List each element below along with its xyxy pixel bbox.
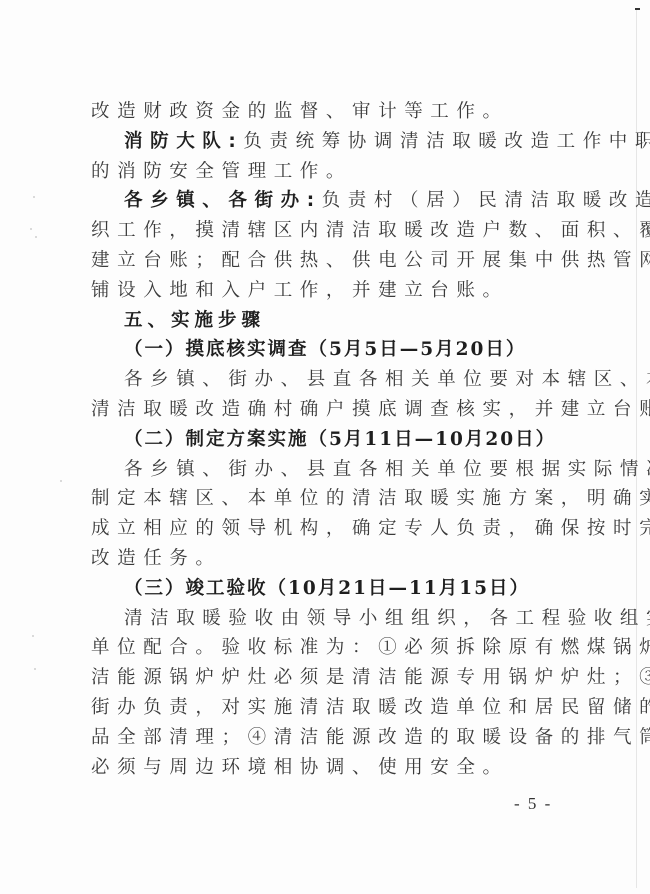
paragraph-line: 改造财政资金的监督、审计等工作。 bbox=[91, 97, 541, 127]
paragraph-line: 洁能源锅炉炉灶必须是清洁能源专用锅炉炉灶；③由属地乡镇 bbox=[91, 663, 541, 693]
line-text: 各乡镇、街办、县直各相关单位要对本辖区、本单位完成 bbox=[124, 369, 650, 390]
scan-speck bbox=[32, 635, 34, 637]
paragraph-line: 改造任务。 bbox=[91, 544, 541, 574]
line-text: 必须与周边环境相协调、使用安全。 bbox=[91, 757, 509, 778]
entity-label: 消防大队: bbox=[124, 131, 243, 152]
paragraph-line: 铺设入地和入户工作，并建立台账。 bbox=[91, 276, 541, 306]
subsection-heading: （一）摸底核实调查（5月5日—5月20日） bbox=[91, 335, 541, 365]
paragraph-line: 街办负责，对实施清洁取暖改造单位和居民留储的煤及其煤制 bbox=[91, 693, 541, 723]
line-text: 制定本辖区、本单位的清洁取暖实施方案，明确实施时限。要 bbox=[91, 488, 650, 509]
entity-label: 各乡镇、各街办: bbox=[124, 190, 322, 211]
scanned-page: 改造财政资金的监督、审计等工作。 消防大队:负责统筹协调清洁取暖改造工作中职责范… bbox=[0, 0, 650, 894]
scan-speck bbox=[33, 196, 35, 198]
paragraph-line: 品全部清理；④清洁能源改造的取暖设备的排气筒高度和颜色 bbox=[91, 723, 541, 753]
scan-speck bbox=[60, 480, 62, 482]
scan-speck bbox=[34, 668, 36, 670]
paragraph-line: 制定本辖区、本单位的清洁取暖实施方案，明确实施时限。要 bbox=[91, 484, 541, 514]
paragraph-line: 织工作，摸清辖区内清洁取暖改造户数、面积、覆盖率等，并 bbox=[91, 216, 541, 246]
paragraph-line: 各乡镇、街办、县直各相关单位要根据实际情况科学合理 bbox=[91, 455, 541, 485]
line-text: 负责统筹协调清洁取暖改造工作中职责范围内 bbox=[243, 131, 650, 152]
paragraph-line: 各乡镇、街办、县直各相关单位要对本辖区、本单位完成 bbox=[91, 365, 541, 395]
line-text: 改造财政资金的监督、审计等工作。 bbox=[91, 101, 509, 122]
scan-edge-mark bbox=[635, 8, 640, 10]
line-text: 改造任务。 bbox=[91, 548, 222, 569]
paragraph-line: 清洁取暖改造确村确户摸底调查核实，并建立台账。 bbox=[91, 395, 541, 425]
line-text: 各乡镇、街办、县直各相关单位要根据实际情况科学合理 bbox=[124, 459, 650, 480]
paragraph-line: 单位配合。验收标准为：①必须拆除原有燃煤锅炉炉灶；②清 bbox=[91, 633, 541, 663]
paragraph-line: 建立台账；配合供热、供电公司开展集中供热管网、电力线路 bbox=[91, 246, 541, 276]
paragraph-line: 消防大队:负责统筹协调清洁取暖改造工作中职责范围内 bbox=[91, 127, 541, 157]
line-text: 清洁取暖改造确村确户摸底调查核实，并建立台账。 bbox=[91, 399, 650, 420]
page-number: - 5 - bbox=[514, 794, 552, 814]
line-text: 街办负责，对实施清洁取暖改造单位和居民留储的煤及其煤制 bbox=[91, 697, 650, 718]
paragraph-line: 各乡镇、各街办:负责村（居）民清洁取暖改造宣传、组 bbox=[91, 186, 541, 216]
paragraph-line: 必须与周边环境相协调、使用安全。 bbox=[91, 753, 541, 783]
line-text: 清洁取暖验收由领导小组组织，各工程验收组实施、相关 bbox=[124, 608, 650, 629]
line-text: 洁能源锅炉炉灶必须是清洁能源专用锅炉炉灶；③由属地乡镇 bbox=[91, 667, 650, 688]
scan-speck bbox=[30, 228, 32, 230]
section-heading: 五、实施步骤 bbox=[91, 306, 541, 336]
line-text: 的消防安全管理工作。 bbox=[91, 161, 352, 182]
line-text: 铺设入地和入户工作，并建立台账。 bbox=[91, 280, 509, 301]
paragraph-line: 清洁取暖验收由领导小组组织，各工程验收组实施、相关 bbox=[91, 604, 541, 634]
line-text: 织工作，摸清辖区内清洁取暖改造户数、面积、覆盖率等，并 bbox=[91, 220, 650, 241]
subsection-heading: （二）制定方案实施（5月11日—10月20日） bbox=[91, 425, 541, 455]
line-text: 成立相应的领导机构，确定专人负责，确保按时完成清洁取暖 bbox=[91, 518, 650, 539]
line-text: 品全部清理；④清洁能源改造的取暖设备的排气筒高度和颜色 bbox=[91, 727, 650, 748]
subsection-heading: （三）竣工验收（10月21日—11月15日） bbox=[91, 574, 541, 604]
document-body: 改造财政资金的监督、审计等工作。 消防大队:负责统筹协调清洁取暖改造工作中职责范… bbox=[91, 97, 541, 782]
paragraph-line: 成立相应的领导机构，确定专人负责，确保按时完成清洁取暖 bbox=[91, 514, 541, 544]
line-text: 单位配合。验收标准为：①必须拆除原有燃煤锅炉炉灶；②清 bbox=[91, 637, 650, 658]
paragraph-line: 的消防安全管理工作。 bbox=[91, 157, 541, 187]
line-text: 负责村（居）民清洁取暖改造宣传、组 bbox=[322, 190, 650, 211]
scan-speck bbox=[35, 236, 37, 238]
line-text: 建立台账；配合供热、供电公司开展集中供热管网、电力线路 bbox=[91, 250, 650, 271]
